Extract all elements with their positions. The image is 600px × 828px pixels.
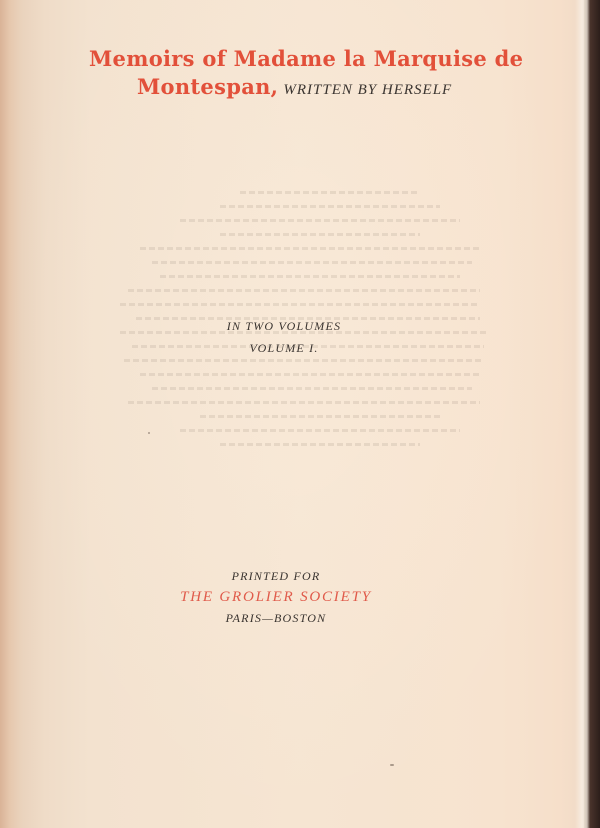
title-line-1: Memoirs of Madame la Marquise de [89, 46, 523, 71]
volume-number: VOLUME I. [0, 337, 584, 359]
publisher-name: THE GROLIER SOCIETY [0, 586, 576, 608]
title-gothic-line1: Memoirs of Madame la Marquise de [89, 46, 523, 71]
paper-speck [148, 432, 150, 434]
publication-places: PARIS—BOSTON [0, 608, 576, 628]
paper-speck [390, 764, 394, 766]
volume-info: IN TWO VOLUMES VOLUME I. [0, 315, 584, 359]
printed-for: PRINTED FOR [0, 566, 576, 586]
title-gothic-line2: Montespan, [137, 74, 278, 99]
volumes-count: IN TWO VOLUMES [0, 315, 584, 337]
title-line-2: Montespan, WRITTEN BY HERSELF [137, 74, 452, 99]
imprint: PRINTED FOR THE GROLIER SOCIETY PARIS—BO… [0, 566, 576, 628]
title-subtitle: WRITTEN BY HERSELF [283, 82, 452, 98]
title-page: Memoirs of Madame la Marquise de Montesp… [0, 0, 586, 828]
page-edge [584, 0, 600, 828]
